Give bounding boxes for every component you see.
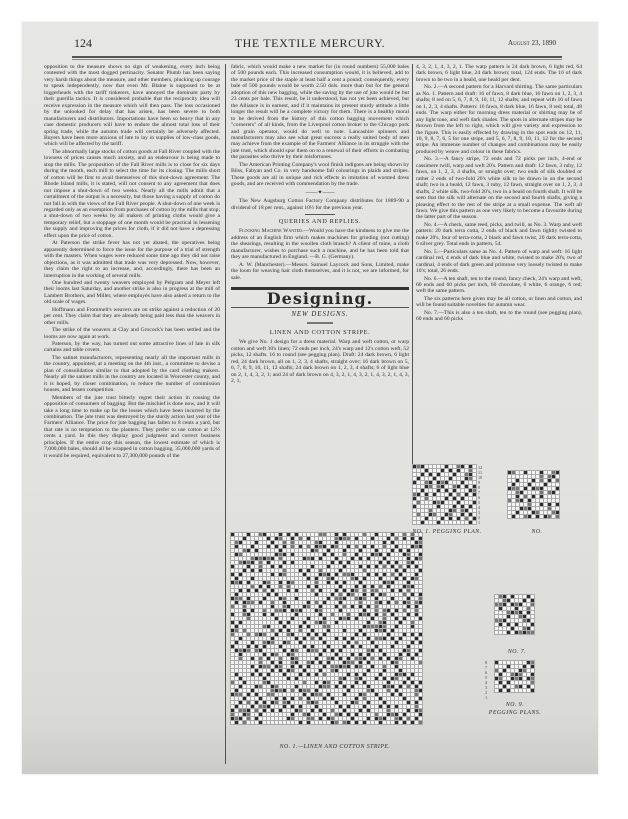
weave-cell (449, 517, 452, 520)
weave-cell (544, 507, 547, 510)
weave-cell (307, 669, 310, 672)
weave-cell (323, 573, 326, 576)
weave-cell (520, 503, 523, 506)
weave-cell (287, 673, 290, 676)
weave-cell (239, 613, 242, 616)
weave-cell (303, 665, 306, 668)
weave-cell (247, 561, 250, 564)
weave-cell (413, 477, 416, 480)
weave-cell (339, 617, 342, 620)
weave-cell (411, 629, 414, 632)
weave-cell (235, 669, 238, 672)
weave-cell (359, 537, 362, 540)
weave-cell (311, 697, 314, 700)
weave-cell (335, 649, 338, 652)
weave-cell (347, 569, 350, 572)
weave-cell (255, 549, 258, 552)
weave-cell (243, 705, 246, 708)
weave-cell (387, 617, 390, 620)
weave-cell (255, 645, 258, 648)
weave-cell (503, 611, 506, 614)
weave-cell (291, 613, 294, 616)
weave-cell (540, 491, 543, 494)
weave-cell (247, 609, 250, 612)
weave-cell (395, 661, 398, 664)
column-left: opposition to the measure shows no sign … (44, 64, 220, 460)
weave-cell (303, 657, 306, 660)
weave-cell (437, 481, 440, 484)
weave-cell (359, 641, 362, 644)
weave-cell (279, 665, 282, 668)
weave-cell (367, 613, 370, 616)
weave-cell (307, 557, 310, 560)
weave-cell (275, 649, 278, 652)
weave-cell (271, 681, 274, 684)
weave-cell (295, 669, 298, 672)
weave-cell (552, 495, 555, 498)
weave-cell (395, 649, 398, 652)
weave-cell (527, 661, 530, 664)
weave-cell (295, 549, 298, 552)
weave-cell (379, 541, 382, 544)
weave-cell (544, 495, 547, 498)
weave-cell (239, 681, 242, 684)
weave-cell (259, 581, 262, 584)
weave-cell (411, 553, 414, 556)
weave-cell (379, 685, 382, 688)
weave-cell (411, 697, 414, 700)
weave-cell (307, 617, 310, 620)
weave-cell (327, 697, 330, 700)
article-paragraph: One hundred and twenty weavers employed … (44, 280, 220, 306)
weave-cell (267, 629, 270, 632)
weave-cell (552, 507, 555, 510)
weave-cell (323, 669, 326, 672)
weave-cell (379, 597, 382, 600)
weave-cell (263, 641, 266, 644)
weave-cell (331, 633, 334, 636)
weave-cell (347, 705, 350, 708)
weave-cell (283, 561, 286, 564)
weave-cell (267, 653, 270, 656)
weave-cell (524, 515, 527, 518)
weave-cell (437, 493, 440, 496)
weave-cell (540, 495, 543, 498)
weave-cell (415, 705, 418, 708)
weave-cell (315, 617, 318, 620)
weave-cell (516, 515, 519, 518)
weave-cell (445, 481, 448, 484)
weave-cell (399, 601, 402, 604)
weave-cell (429, 493, 432, 496)
weave-cell (311, 637, 314, 640)
weave-cell (399, 577, 402, 580)
weave-cell (319, 673, 322, 676)
weave-cell (359, 549, 362, 552)
weave-cell (271, 637, 274, 640)
weave-cell (375, 637, 378, 640)
weave-cell (415, 621, 418, 624)
weave-cell (441, 513, 444, 516)
weave-cell (383, 581, 386, 584)
weave-cell (251, 617, 254, 620)
weave-cell (243, 641, 246, 644)
weave-cell (263, 685, 266, 688)
weave-cell (279, 553, 282, 556)
article-paragraph: No. 7.—This is also a ten shaft, ten to … (416, 310, 582, 323)
weave-cell (379, 689, 382, 692)
weave-cell (323, 581, 326, 584)
weave-cell (503, 631, 506, 634)
weave-cell (307, 645, 310, 648)
weave-cell (531, 677, 534, 680)
weave-cell (347, 673, 350, 676)
weave-cell (283, 589, 286, 592)
weave-cell (441, 477, 444, 480)
weave-cell (375, 545, 378, 548)
weave-cell (383, 597, 386, 600)
weave-cell (299, 581, 302, 584)
weave-cell (275, 541, 278, 544)
weave-cell (528, 507, 531, 510)
weave-cell (415, 653, 418, 656)
weave-cell (239, 537, 242, 540)
weave-cell (511, 631, 514, 634)
weave-cell (399, 661, 402, 664)
weave-cell (371, 705, 374, 708)
weave-cell (275, 705, 278, 708)
weave-cell (319, 573, 322, 576)
weave-cell (235, 649, 238, 652)
weave-cell (283, 645, 286, 648)
weave-cell (255, 669, 258, 672)
weave-cell (469, 469, 472, 472)
weave-cell (407, 693, 410, 696)
weave-cell (437, 509, 440, 512)
weave-cell (511, 685, 514, 688)
weave-cell (339, 677, 342, 680)
weave-cell (511, 665, 514, 668)
weave-cell (283, 661, 286, 664)
weave-cell (327, 577, 330, 580)
weave-cell (395, 557, 398, 560)
weave-cell (311, 593, 314, 596)
weave-cell (267, 697, 270, 700)
weave-cell (235, 633, 238, 636)
weave-cell (347, 605, 350, 608)
weave-cell (315, 569, 318, 572)
weave-cell (511, 603, 514, 606)
weave-cell (359, 629, 362, 632)
weave-cell (235, 661, 238, 664)
weave-cell (323, 701, 326, 704)
weave-cell (239, 533, 242, 536)
weave-cell (367, 677, 370, 680)
weave-cell (403, 553, 406, 556)
weave-cell (291, 661, 294, 664)
weave-cell (335, 621, 338, 624)
weave-cell (367, 689, 370, 692)
weave-cell (540, 483, 543, 486)
weave-cell (299, 561, 302, 564)
weave-cell (303, 625, 306, 628)
weave-cell (263, 681, 266, 684)
weave-cell (359, 573, 362, 576)
weave-cell (403, 649, 406, 652)
weave-cell (331, 661, 334, 664)
weave-cell (339, 553, 342, 556)
weave-cell (371, 673, 374, 676)
weave-cell (520, 479, 523, 482)
weave-cell (556, 495, 559, 498)
weave-cell (403, 593, 406, 596)
weave-cell (425, 497, 428, 500)
weave-cell (387, 593, 390, 596)
weave-cell (311, 693, 314, 696)
weave-cell (413, 497, 416, 500)
weave-cell (403, 657, 406, 660)
weave-cell (465, 477, 468, 480)
weave-cell (307, 597, 310, 600)
weave-cell (331, 621, 334, 624)
weave-cell (303, 609, 306, 612)
weave-cell (375, 649, 378, 652)
weave-cell (307, 577, 310, 580)
weave-cell (251, 709, 254, 712)
weave-cell (473, 493, 476, 496)
weave-cell (311, 605, 314, 608)
weave-cell (371, 621, 374, 624)
weave-cell (239, 685, 242, 688)
weave-cell (347, 649, 350, 652)
weave-cell (335, 581, 338, 584)
weave-cell (315, 625, 318, 628)
weave-cell (387, 557, 390, 560)
weave-cell (507, 631, 510, 634)
weave-cell (519, 619, 522, 622)
weave-cell (235, 657, 238, 660)
weave-cell (371, 665, 374, 668)
weave-cell (247, 573, 250, 576)
weave-cell (391, 637, 394, 640)
weave-cell (499, 681, 502, 684)
weave-cell (552, 491, 555, 494)
weave-cell (347, 545, 350, 548)
weave-cell (319, 561, 322, 564)
weave-cell (359, 653, 362, 656)
weave-cell (403, 669, 406, 672)
weave-cell (231, 685, 234, 688)
weave-cell (243, 569, 246, 572)
weave-cell (251, 573, 254, 576)
weave-cell (251, 649, 254, 652)
weave-cell (457, 509, 460, 512)
weave-cell (387, 537, 390, 540)
weave-cell (247, 633, 250, 636)
weave-cell (339, 613, 342, 616)
weave-cell (383, 617, 386, 620)
weave-cell (403, 557, 406, 560)
weave-cell (259, 597, 262, 600)
weave-cell (331, 665, 334, 668)
weave-cell (295, 709, 298, 712)
weave-cell (433, 469, 436, 472)
weave-cell (291, 537, 294, 540)
weave-cell (299, 657, 302, 660)
weave-cell (327, 625, 330, 628)
weave-cell (379, 565, 382, 568)
weave-cell (311, 677, 314, 680)
weave-cell (275, 581, 278, 584)
weave-cell (331, 629, 334, 632)
weave-cell (251, 701, 254, 704)
weave-cell (263, 633, 266, 636)
weave-cell (407, 589, 410, 592)
weave-cell (343, 613, 346, 616)
weave-cell (461, 509, 464, 512)
weave-cell (283, 537, 286, 540)
weave-cell (523, 627, 526, 630)
weave-cell (473, 509, 476, 512)
weave-cell (331, 597, 334, 600)
weave-cell (231, 605, 234, 608)
weave-cell (469, 521, 472, 524)
weave-cell (413, 513, 416, 516)
weave-cell (295, 705, 298, 708)
weave-cell (315, 705, 318, 708)
weave-cell (263, 697, 266, 700)
weave-cell (339, 597, 342, 600)
weave-cell (524, 483, 527, 486)
weave-cell (283, 533, 286, 536)
weave-cell (259, 645, 262, 648)
weave-cell (527, 677, 530, 680)
weave-cell (457, 493, 460, 496)
weave-cell (395, 693, 398, 696)
weave-cell (243, 709, 246, 712)
weave-cell (544, 503, 547, 506)
weave-cell (319, 641, 322, 644)
weave-cell (375, 553, 378, 556)
weave-cell (411, 585, 414, 588)
weave-cell (299, 565, 302, 568)
weave-cell (520, 483, 523, 486)
weave-cell (255, 581, 258, 584)
weave-cell (495, 611, 498, 614)
weave-cell (375, 541, 378, 544)
weave-cell (283, 573, 286, 576)
weave-cell (419, 633, 422, 636)
weave-cell (267, 661, 270, 664)
weave-cell (387, 585, 390, 588)
weave-cell (355, 541, 358, 544)
weave-cell (515, 631, 518, 634)
weave-cell (507, 685, 510, 688)
weave-cell (473, 469, 476, 472)
weave-cell (387, 633, 390, 636)
weave-cell (263, 593, 266, 596)
weave-cell (303, 601, 306, 604)
weave-cell (461, 521, 464, 524)
weave-cell (287, 629, 290, 632)
weave-cell (391, 537, 394, 540)
weave-cell (379, 677, 382, 680)
weave-cell (429, 505, 432, 508)
weave-cell (243, 653, 246, 656)
weave-cell (319, 709, 322, 712)
weave-cell (267, 669, 270, 672)
weave-cell (331, 637, 334, 640)
weave-cell (231, 597, 234, 600)
weave-cell (499, 611, 502, 614)
weave-cell (291, 545, 294, 548)
weave-cell (271, 601, 274, 604)
weave-cell (291, 645, 294, 648)
weave-cell (307, 665, 310, 668)
weave-cell (267, 565, 270, 568)
weave-cell (371, 629, 374, 632)
weave-cell (235, 597, 238, 600)
weave-cell (239, 609, 242, 612)
weave-cell (515, 619, 518, 622)
weave-cell (363, 533, 366, 536)
weave-cell (548, 479, 551, 482)
weave-cell (315, 709, 318, 712)
weave-cell (367, 633, 370, 636)
weave-cell (339, 645, 342, 648)
weave-cell (383, 549, 386, 552)
weave-cell (515, 669, 518, 672)
weave-cell (415, 593, 418, 596)
weave-cell (243, 625, 246, 628)
weave-cell (379, 657, 382, 660)
weave-cell (395, 705, 398, 708)
weave-cell (231, 545, 234, 548)
weave-cell (367, 701, 370, 704)
weave-cell (527, 615, 530, 618)
weave-cell (331, 689, 334, 692)
weave-cell (347, 565, 350, 568)
weave-cell (515, 623, 518, 626)
weave-cell (251, 689, 254, 692)
weave-cell (403, 565, 406, 568)
weave-cell (419, 609, 422, 612)
weave-cell (287, 657, 290, 660)
weave-cell (403, 561, 406, 564)
weave-cell (407, 685, 410, 688)
weave-cell (383, 545, 386, 548)
weave-cell (251, 537, 254, 540)
weave-cell (279, 597, 282, 600)
weave-cell (507, 677, 510, 680)
weave-cell (367, 629, 370, 632)
weave-cell (327, 581, 330, 584)
weave-cell (351, 697, 354, 700)
weave-cell (291, 653, 294, 656)
weave-cell (299, 589, 302, 592)
weave-cell (519, 599, 522, 602)
weave-cell (351, 637, 354, 640)
weave-cell (363, 701, 366, 704)
weave-cell (520, 515, 523, 518)
weave-cell (375, 573, 378, 576)
weave-cell (375, 613, 378, 616)
weave-cell (363, 621, 366, 624)
weave-cell (399, 705, 402, 708)
weave-cell (239, 545, 242, 548)
weave-cell (437, 505, 440, 508)
weave-cell (433, 473, 436, 476)
